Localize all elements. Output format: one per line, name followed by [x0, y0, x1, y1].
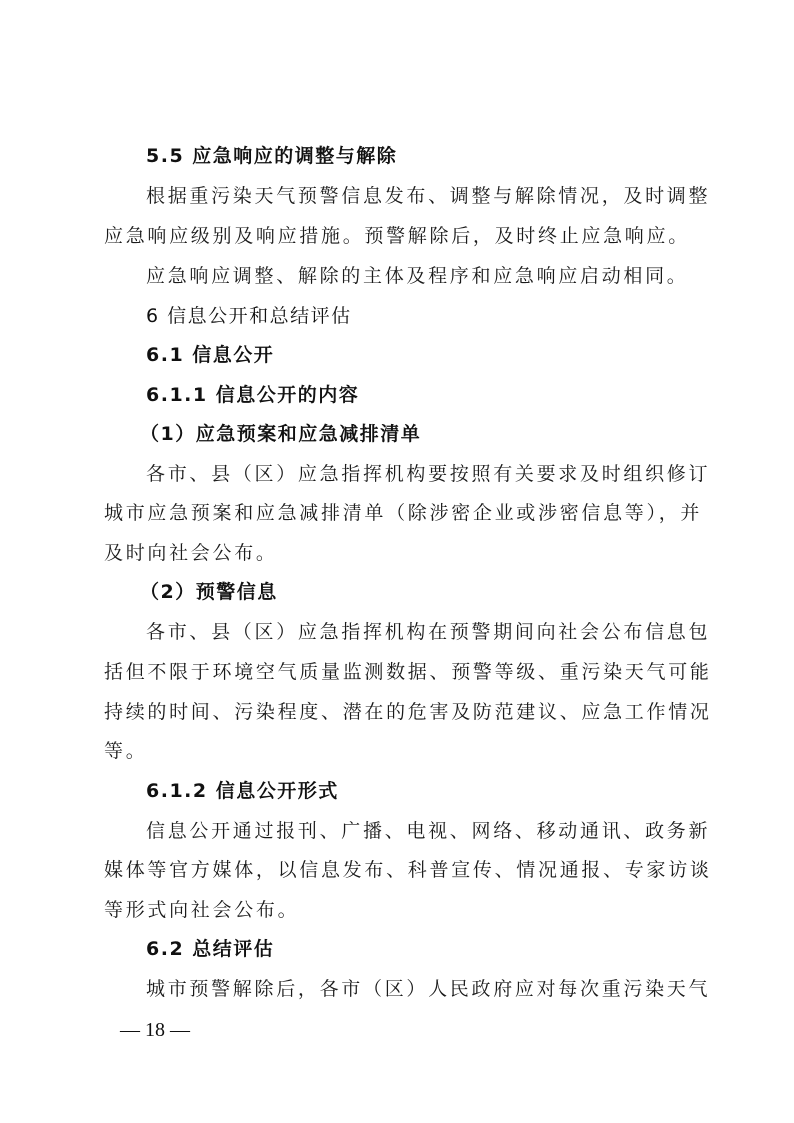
paragraph-line: 应急响应级别及响应措施。预警解除后，及时终止应急响应。	[104, 221, 694, 251]
heading-item-1: （1）应急预案和应急减排清单	[140, 419, 730, 449]
paragraph-line: 持续的时间、污染程度、潜在的危害及防范建议、应急工作情况	[104, 697, 694, 727]
heading-6-1-1: 6.1.1 信息公开的内容	[146, 380, 694, 410]
paragraph-line: 城市应急预案和应急减排清单（除涉密企业或涉密信息等），并	[104, 498, 694, 528]
paragraph-line: 等形式向社会公布。	[104, 895, 694, 925]
paragraph-line: 城市预警解除后，各市（区）人民政府应对每次重污染天气	[146, 974, 694, 1004]
paragraph-line: 根据重污染天气预警信息发布、调整与解除情况，及时调整	[146, 181, 694, 211]
heading-6: 6 信息公开和总结评估	[146, 301, 694, 331]
paragraph-line: 及时向社会公布。	[104, 538, 694, 568]
paragraph-line: 信息公开通过报刊、广播、电视、网络、移动通讯、政务新	[146, 816, 694, 846]
paragraph-line: 应急响应调整、解除的主体及程序和应急响应启动相同。	[146, 261, 694, 291]
heading-6-2: 6.2 总结评估	[146, 934, 694, 964]
paragraph-line: 等。	[104, 736, 694, 766]
paragraph-line: 括但不限于环境空气质量监测数据、预警等级、重污染天气可能	[104, 657, 694, 687]
heading-5-5: 5.5 应急响应的调整与解除	[146, 141, 694, 171]
paragraph-line: 各市、县（区）应急指挥机构要按照有关要求及时组织修订	[146, 459, 694, 489]
document-page: 5.5 应急响应的调整与解除 根据重污染天气预警信息发布、调整与解除情况，及时调…	[0, 0, 794, 1123]
heading-item-2: （2）预警信息	[140, 577, 730, 607]
page-number: — 18 —	[120, 1015, 190, 1045]
heading-6-1: 6.1 信息公开	[146, 340, 694, 370]
paragraph-line: 媒体等官方媒体，以信息发布、科普宣传、情况通报、专家访谈	[104, 855, 694, 885]
paragraph-line: 各市、县（区）应急指挥机构在预警期间向社会公布信息包	[146, 617, 694, 647]
heading-6-1-2: 6.1.2 信息公开形式	[146, 776, 694, 806]
